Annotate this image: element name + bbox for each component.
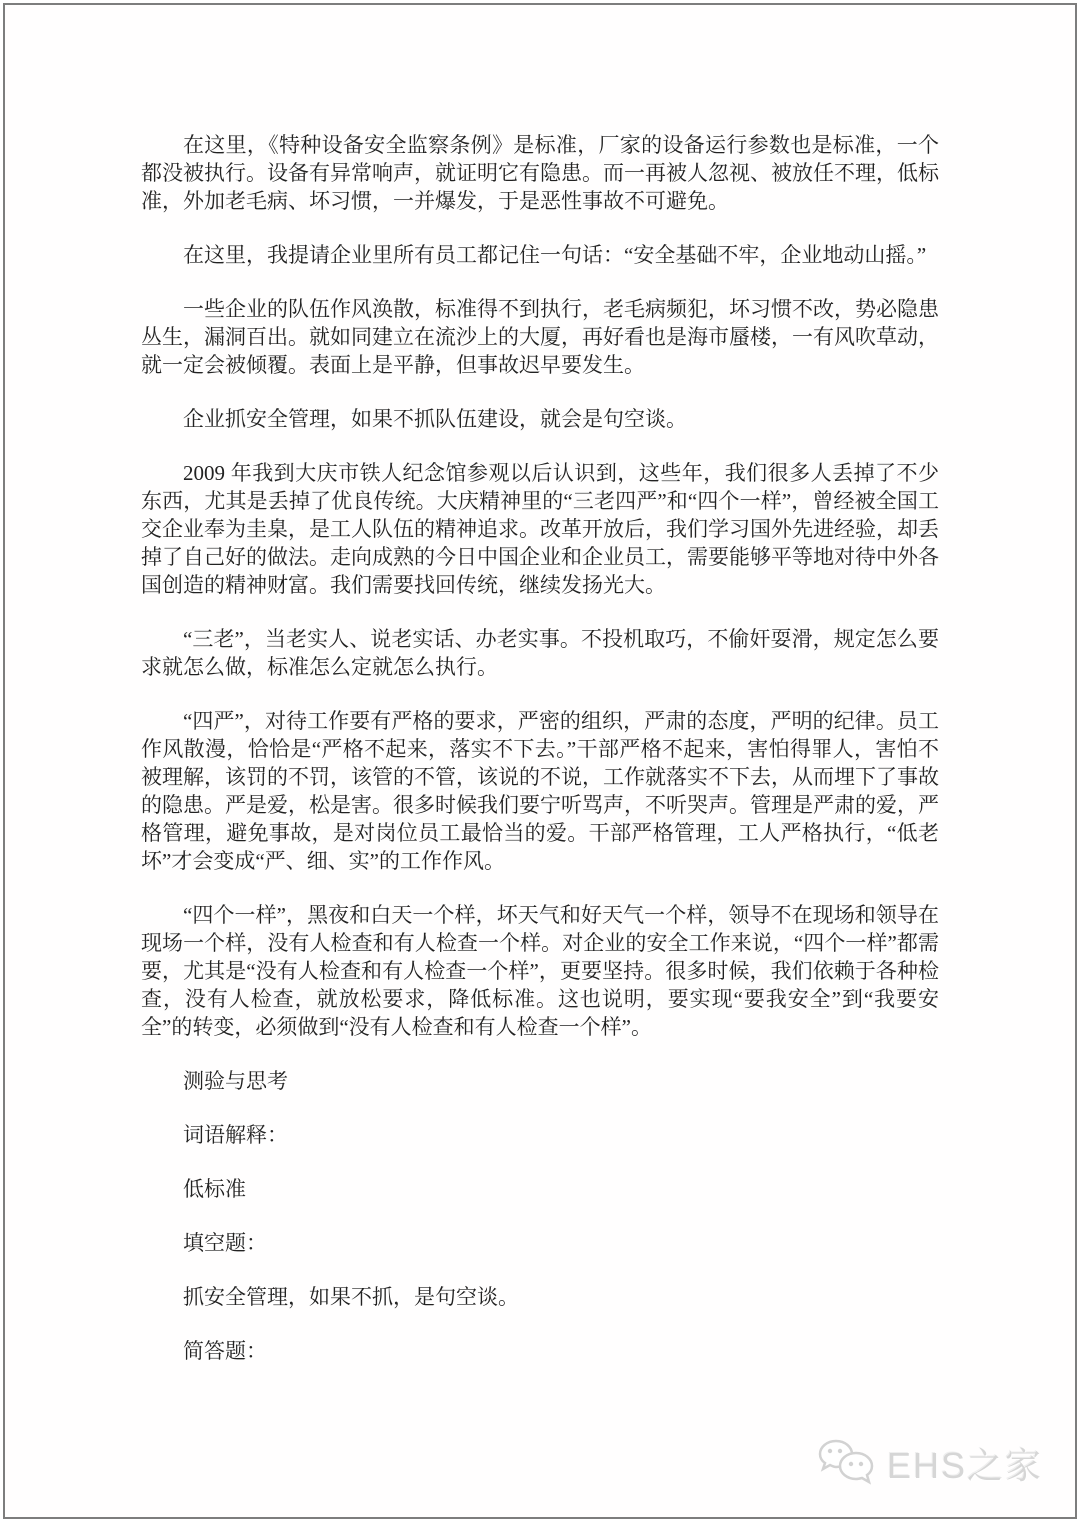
paragraph: 抓安全管理，如果不抓，是句空谈。 (141, 1283, 939, 1311)
chat-bubbles-icon (815, 1437, 879, 1489)
paragraph: 填空题： (141, 1229, 939, 1257)
paragraph: 在这里，我提请企业里所有员工都记住一句话：“安全基础不牢，企业地动山摇。” (141, 241, 939, 269)
paragraph: “三老”，当老实人、说老实话、办老实事。不投机取巧，不偷奸耍滑，规定怎么要求就怎… (141, 625, 939, 681)
paragraph: 低标准 (141, 1175, 939, 1203)
document-body: 在这里，《特种设备安全监察条例》是标准，厂家的设备运行参数也是标准，一个都没被执… (5, 5, 1075, 1391)
paragraph: 测验与思考 (141, 1067, 939, 1095)
watermark: EHS之家 (815, 1437, 1043, 1489)
paragraph: 2009 年我到大庆市铁人纪念馆参观以后认识到，这些年，我们很多人丢掉了不少东西… (141, 459, 939, 599)
paragraph: “四个一样”，黑夜和白天一个样，坏天气和好天气一个样，领导不在现场和领导在现场一… (141, 901, 939, 1041)
paragraph: 企业抓安全管理，如果不抓队伍建设，就会是句空谈。 (141, 405, 939, 433)
paragraph: “四严”，对待工作要有严格的要求，严密的组织，严肃的态度，严明的纪律。员工作风散… (141, 707, 939, 875)
paragraph: 词语解释： (141, 1121, 939, 1149)
paragraph: 一些企业的队伍作风涣散，标准得不到执行，老毛病频犯，坏习惯不改，势必隐患丛生，漏… (141, 295, 939, 379)
paragraph: 在这里，《特种设备安全监察条例》是标准，厂家的设备运行参数也是标准，一个都没被执… (141, 131, 939, 215)
watermark-label: EHS之家 (887, 1438, 1043, 1489)
paragraph: 简答题： (141, 1337, 939, 1365)
document-page: 在这里，《特种设备安全监察条例》是标准，厂家的设备运行参数也是标准，一个都没被执… (3, 3, 1077, 1519)
